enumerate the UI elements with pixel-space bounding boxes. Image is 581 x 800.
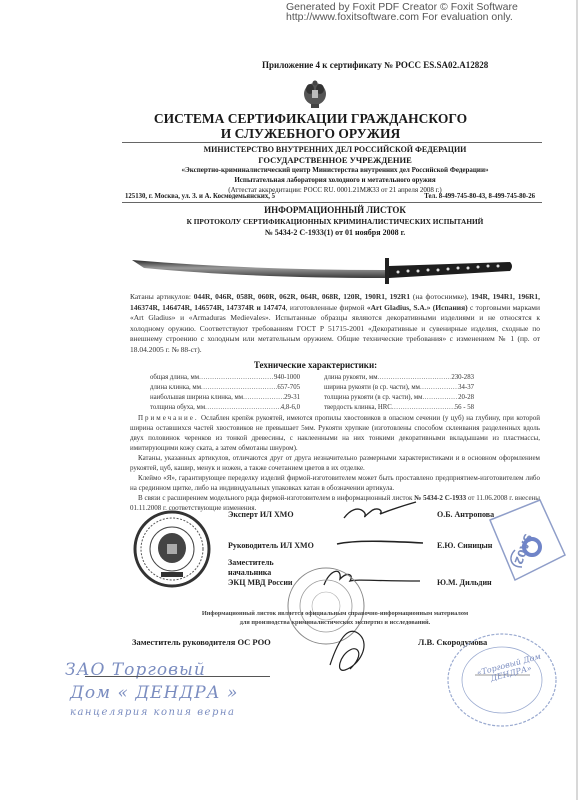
spec-value: 657-705 <box>277 383 300 393</box>
variants-paragraph: Катаны, указанных артикулов, отличаются … <box>130 453 540 473</box>
tech-specs-title: Технические характеристики: <box>0 360 581 370</box>
articles-list-1: 044R, 046R, 058R, 060R, 062R, 064R, 068R… <box>194 292 410 301</box>
manufacturer-label: , изготовленные фирмой <box>286 303 367 312</box>
ministry-seal <box>133 510 211 588</box>
spec-value: 34-37 <box>458 383 474 393</box>
manufacturer-name: «Art Gladius, S.A.» (Испания) <box>367 303 468 312</box>
info-sheet-subtitle: К ПРОТОКОЛУ СЕРТИФИКАЦИОННЫХ КРИМИНАЛИСТ… <box>120 216 550 227</box>
spec-label: наибольшая ширина клинка, мм <box>150 393 243 403</box>
spec-label: ширина рукояти (в ср. части), мм <box>324 383 420 393</box>
divider <box>122 142 542 143</box>
leader-dots <box>392 403 455 413</box>
copy-stamp-line-2: Дом « ДЕНДРА » <box>70 683 238 703</box>
ministry-header: МИНИСТЕРСТВО ВНУТРЕННИХ ДЕЛ РОССИЙСКОЙ Ф… <box>120 145 550 195</box>
leader-dots <box>378 373 452 383</box>
spec-row: ширина рукояти (в ср. части), мм34-37 <box>324 383 474 393</box>
ministry-name: МИНИСТЕРСТВО ВНУТРЕННИХ ДЕЛ РОССИЙСКОЙ Ф… <box>120 145 550 155</box>
spec-row: толщина обуха, мм4,8-6,0 <box>150 403 300 413</box>
katana-photo <box>130 248 515 288</box>
photo-note: (на фотоснимке), <box>410 292 471 301</box>
description-paragraph: Катаны артикулов: 044R, 046R, 058R, 060R… <box>130 292 540 355</box>
spec-label: толщина рукояти (в ср. части), мм <box>324 393 422 403</box>
system-title-line-2: И СЛУЖЕБНОГО ОРУЖИЯ <box>40 126 581 141</box>
blue-certification-stamp: SA02 <box>470 495 570 590</box>
spec-row: толщина рукояти (в ср. части), мм20-28 <box>324 393 474 403</box>
note-label: Примечание. <box>138 414 199 422</box>
spec-value: 56 - 58 <box>455 403 474 413</box>
spec-value: 230-283 <box>451 373 474 383</box>
leader-dots <box>243 393 284 403</box>
signature-role-deputy: Заместитель начальника ЭКЦ МВД России <box>228 558 293 588</box>
spec-value: 29-31 <box>284 393 300 403</box>
spec-row: общая длина, мм940-1000 <box>150 373 300 383</box>
spec-value: 940-1000 <box>274 373 300 383</box>
phones: Тел. 8-499-745-80-43, 8-499-745-80-26 <box>424 193 535 200</box>
system-title-line-1: СИСТЕМА СЕРТИФИКАЦИИ ГРАЖДАНСКОГО <box>40 111 581 126</box>
info-sheet-title: ИНФОРМАЦИОННЫЙ ЛИСТОК <box>120 205 550 216</box>
copy-stamp-line-1: ЗАО Торговый <box>65 660 206 680</box>
laboratory-name: Испытательная лаборатория холодного и ме… <box>120 175 550 185</box>
spec-row: твердость клинка, HRC56 - 58 <box>324 403 474 413</box>
leader-dots <box>201 383 277 393</box>
leader-dots <box>422 393 458 403</box>
copy-stamp-line-3: канцелярия копия верна <box>70 707 235 718</box>
watermark-line-2: http://www.foxitsoftware.com For evaluat… <box>286 12 518 22</box>
tech-specs-table: общая длина, мм940-1000 длина рукояти, м… <box>150 373 480 413</box>
final-signature-role: Заместитель руководителя ОС РОО <box>132 637 271 647</box>
signature-expert <box>340 500 420 522</box>
foxit-watermark: Generated by Foxit PDF Creator © Foxit S… <box>286 2 518 22</box>
info-sheet-title-block: ИНФОРМАЦИОННЫЙ ЛИСТОК К ПРОТОКОЛУ СЕРТИФ… <box>120 205 550 238</box>
changes-number: № 5434-2 С-1933 <box>414 494 466 502</box>
note-paragraph: Примечание. Ослаблен крепёж рукоятей, им… <box>130 413 540 453</box>
appendix-reference: Приложение 4 к сертификату № РОСС ES.SA0… <box>262 60 488 70</box>
footer-note-line-1: Информационный листок является официальн… <box>120 609 550 618</box>
spec-label: длина рукояти, мм <box>324 373 378 383</box>
institution-name: «Экспертно-криминалистический центр Мини… <box>120 165 550 175</box>
address-row: 125130, г. Москва, ул. З. и А. Космодемь… <box>125 193 535 200</box>
address: 125130, г. Москва, ул. З. и А. Космодемь… <box>125 193 275 200</box>
signature-role-lab-head: Руководитель ИЛ ХМО <box>228 541 314 550</box>
leader-dots <box>205 403 281 413</box>
divider <box>122 202 542 203</box>
spec-row: наибольшая ширина клинка, мм29-31 <box>150 393 300 403</box>
russian-emblem-icon <box>302 80 328 110</box>
signature-role-expert: Эксперт ИЛ ХМО <box>228 510 294 519</box>
final-signature <box>320 625 380 675</box>
articles-label: Катаны артикулов: <box>130 292 194 301</box>
institution-type: ГОСУДАРСТВЕННОЕ УЧРЕЖДЕНИЕ <box>120 155 550 165</box>
spec-value: 20-28 <box>458 393 474 403</box>
copy-stamp-underline <box>85 676 270 677</box>
signature-lab-head <box>335 538 425 548</box>
brand-mark-paragraph: Клеймо «Я», гарантирующее переделку изде… <box>130 473 540 493</box>
leader-dots <box>199 373 274 383</box>
spec-label: твердость клинка, HRC <box>324 403 392 413</box>
certification-system-title: СИСТЕМА СЕРТИФИКАЦИИ ГРАЖДАНСКОГО И СЛУЖ… <box>0 111 581 141</box>
spec-row: длина клинка, мм657-705 <box>150 383 300 393</box>
spec-value: 4,8-6,0 <box>281 403 300 413</box>
spec-label: общая длина, мм <box>150 373 199 383</box>
protocol-number: № 5434-2 С-1933(1) от 01 ноября 2008 г. <box>120 227 550 238</box>
spec-label: толщина обуха, мм <box>150 403 205 413</box>
leader-dots <box>420 383 458 393</box>
spec-label: длина клинка, мм <box>150 383 201 393</box>
spec-row: длина рукояти, мм230-283 <box>324 373 474 383</box>
